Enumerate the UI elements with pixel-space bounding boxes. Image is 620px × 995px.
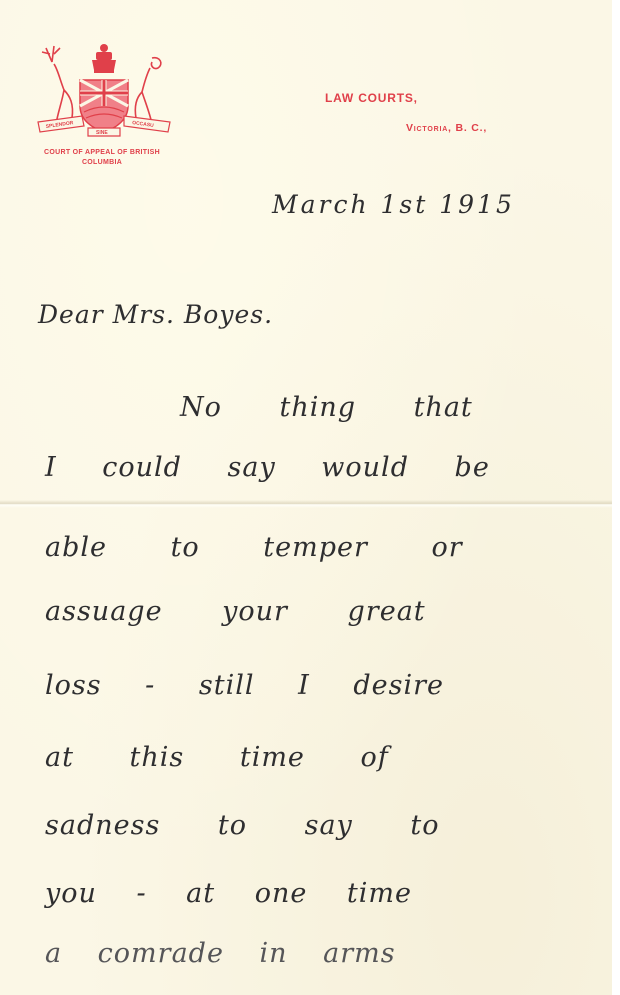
court-caption-line2: COLUMBIA — [22, 158, 182, 168]
letter-line: No thing that — [180, 392, 473, 423]
letter-line: a comrade in arms — [45, 938, 396, 969]
letter-line: able to temper or — [45, 532, 463, 563]
letter-salutation: Dear Mrs. Boyes. — [38, 300, 273, 329]
fold-crease — [0, 500, 612, 508]
letter-line: you - at one time — [45, 878, 412, 909]
letter-line: assuage your great — [45, 596, 426, 627]
letterhead-city: Victoria, B. C., — [406, 122, 487, 134]
letter-line: at this time of — [45, 742, 389, 773]
letterhead-title: LAW COURTS, — [325, 91, 418, 105]
letter-line: loss - still I desire — [45, 670, 444, 701]
coat-of-arms-icon: SPLENDOR SINE OCCASU — [34, 40, 174, 138]
letter-page: SPLENDOR SINE OCCASU COURT OF APPEAL OF … — [0, 0, 612, 995]
court-caption: COURT OF APPEAL OF BRITISH COLUMBIA — [22, 148, 182, 168]
svg-text:SINE: SINE — [96, 130, 108, 136]
letter-line: sadness to say to — [45, 810, 439, 841]
court-caption-line1: COURT OF APPEAL OF BRITISH — [22, 148, 182, 158]
letter-date: March 1st 1915 — [272, 190, 515, 219]
letter-line: I could say would be — [45, 452, 490, 483]
